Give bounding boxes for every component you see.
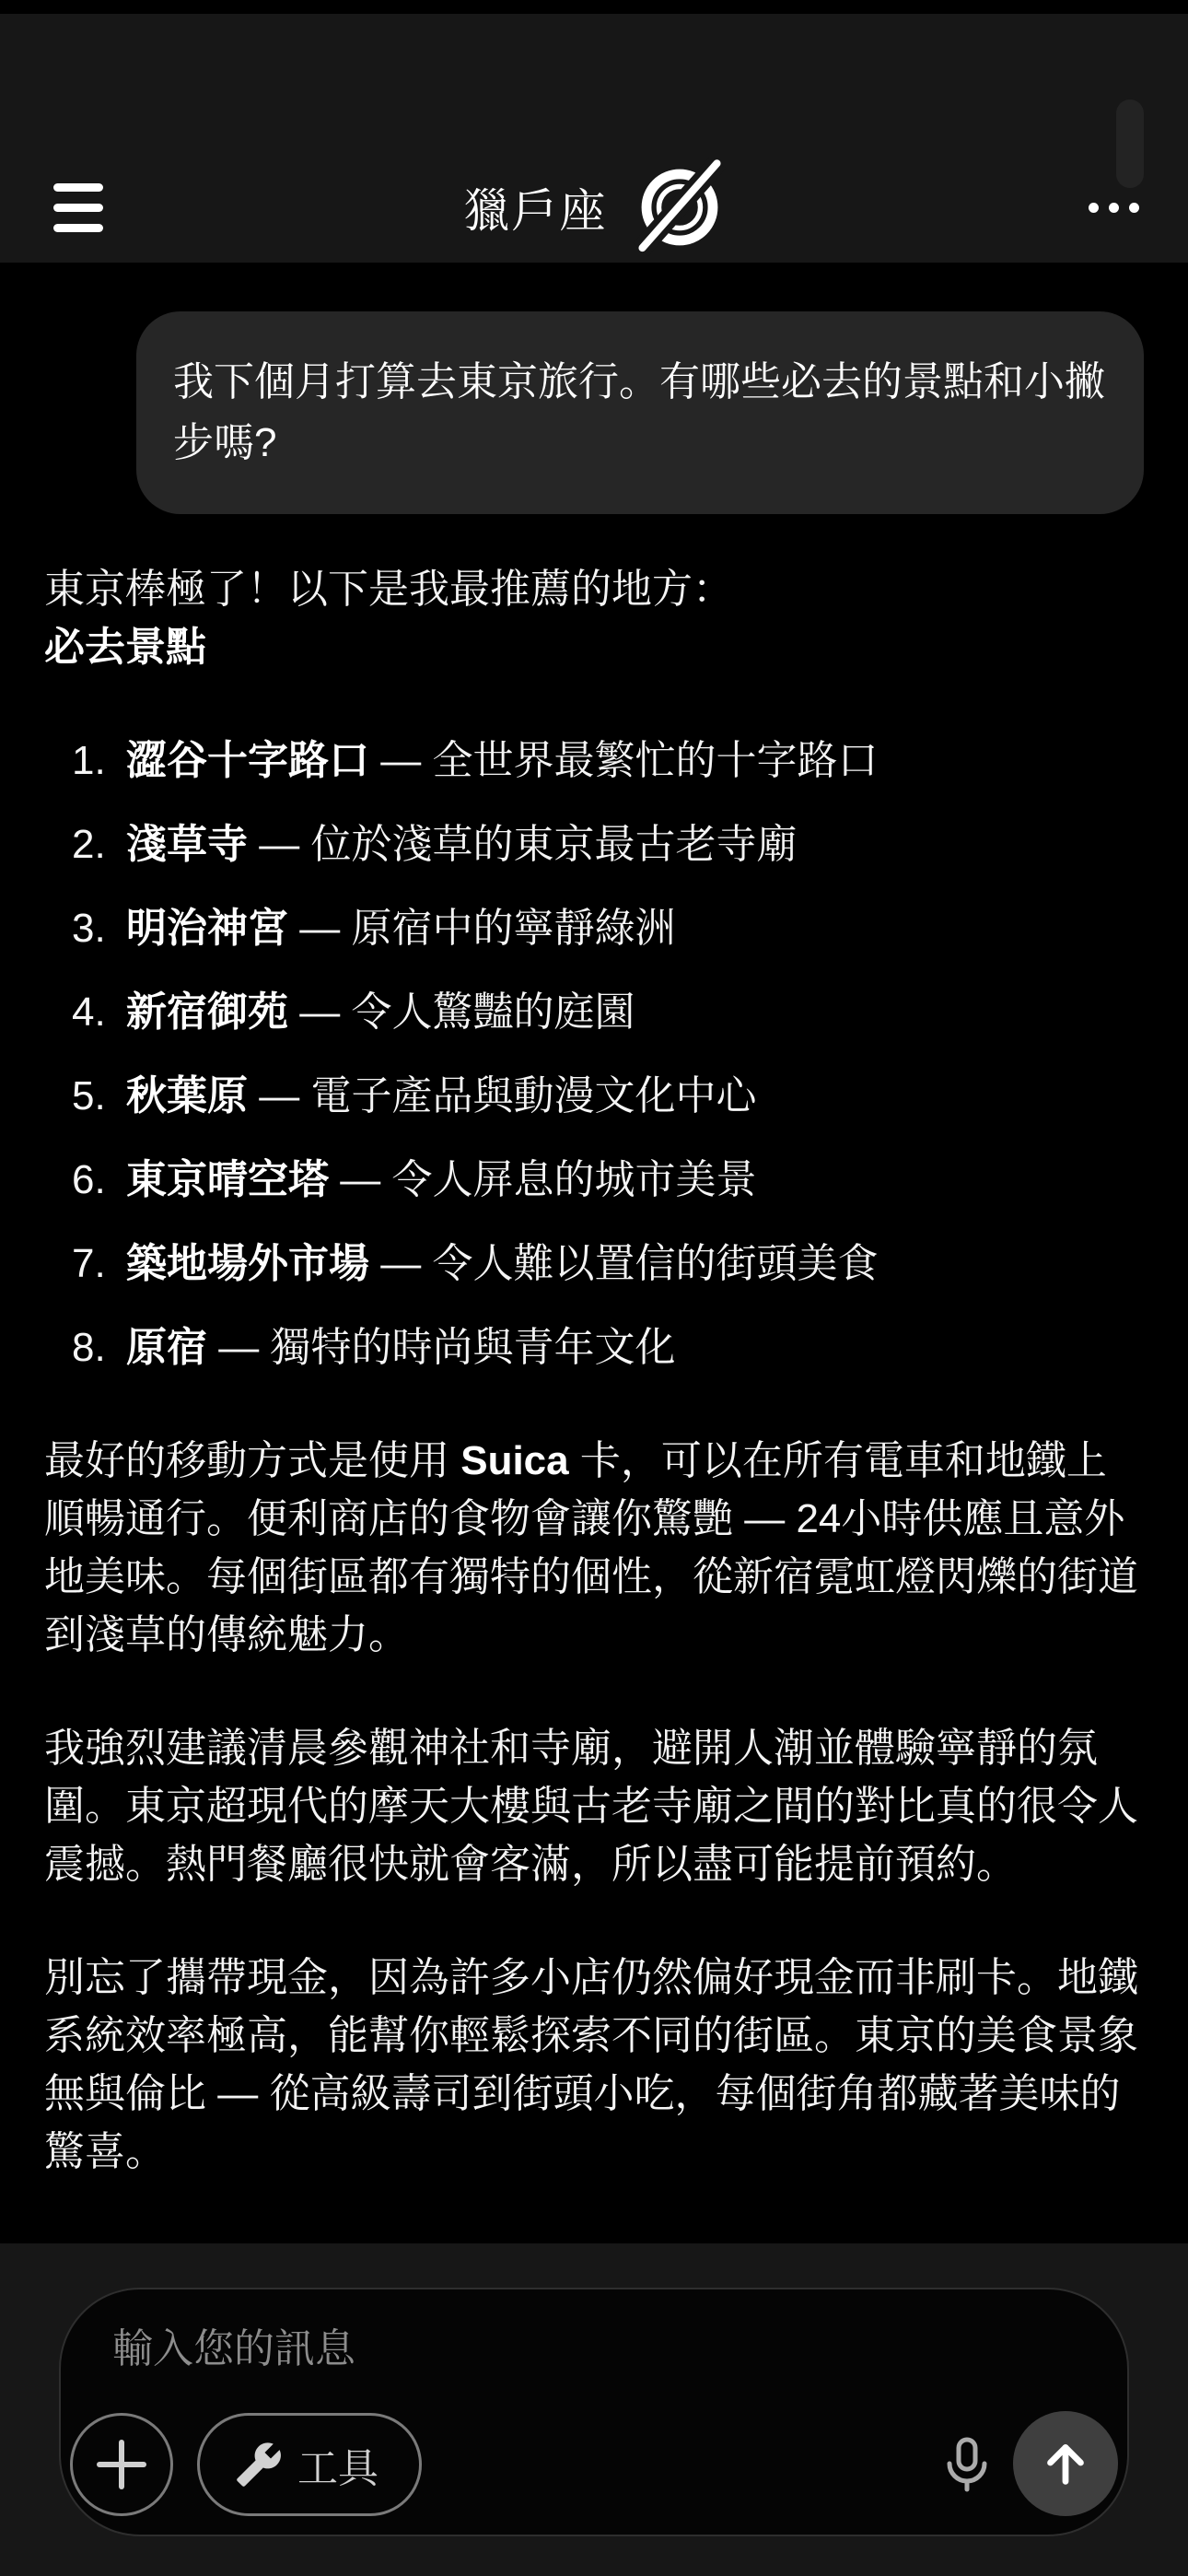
attraction-description: — 原宿中的寧靜綠洲 [288, 906, 675, 951]
assistant-paragraphs: 最好的移動方式是使用 Suica 卡，可以在所有電車和地鐵上順暢通行。便利商店的… [44, 1432, 1144, 2181]
attraction-description: — 位於淺草的東京最古老寺廟 [248, 822, 797, 867]
attraction-name: 原宿 [126, 1325, 207, 1370]
user-message-bubble: 我下個月打算去東京旅行。有哪些必去的景點和小撇步嗎? [136, 311, 1144, 514]
attraction-text: 明治神宮 — 原宿中的寧靜綠洲 [126, 899, 675, 957]
attraction-name: 東京晴空塔 [126, 1157, 329, 1202]
attractions-list: 1.澀谷十字路口 — 全世界最繁忙的十字路口2.淺草寺 — 位於淺草的東京最古老… [44, 732, 1144, 1376]
attraction-number: 2. [72, 815, 126, 873]
page-title: 獵戶座 [464, 174, 608, 240]
hamburger-menu-button[interactable] [53, 183, 164, 232]
section-heading: 必去景點 [44, 618, 1144, 676]
attraction-text: 淺草寺 — 位於淺草的東京最古老寺廟 [126, 815, 797, 873]
slashed-ring-logo-icon [630, 158, 729, 257]
add-attachment-button[interactable] [70, 2413, 173, 2516]
microphone-icon [938, 2434, 996, 2493]
header-title-group: 獵戶座 [164, 158, 1029, 257]
attraction-number: 3. [72, 899, 126, 957]
attraction-item: 3.明治神宮 — 原宿中的寧靜綠洲 [44, 899, 1144, 957]
attraction-number: 4. [72, 983, 126, 1041]
composer-actions-left: 工具 [70, 2413, 422, 2516]
attraction-number: 6. [72, 1151, 126, 1209]
attraction-description: — 令人難以置信的街頭美食 [369, 1241, 878, 1286]
attraction-item: 2.淺草寺 — 位於淺草的東京最古老寺廟 [44, 815, 1144, 873]
attraction-number: 5. [72, 1067, 126, 1125]
text: 我強烈建議清晨參觀神社和寺廟，避開人潮並體驗寧靜的氛圍。東京超現代的摩天大樓與古… [44, 1726, 1138, 1887]
assistant-paragraph: 我強烈建議清晨參觀神社和寺廟，避開人潮並體驗寧靜的氛圍。東京超現代的摩天大樓與古… [44, 1719, 1144, 1893]
send-button[interactable] [1013, 2411, 1118, 2516]
attraction-description: — 電子產品與動漫文化中心 [248, 1073, 756, 1118]
wrench-icon [235, 2441, 283, 2488]
attraction-name: 明治神宮 [126, 906, 288, 951]
attraction-name: 淺草寺 [126, 822, 248, 867]
arrow-up-icon [1037, 2435, 1094, 2492]
bold-text: Suica [460, 1438, 568, 1483]
attraction-description: — 令人屏息的城市美景 [329, 1157, 756, 1202]
attraction-text: 秋葉原 — 電子產品與動漫文化中心 [126, 1067, 756, 1125]
attraction-name: 築地場外市場 [126, 1241, 369, 1286]
attraction-text: 澀谷十字路口 — 全世界最繁忙的十字路口 [126, 732, 878, 790]
attraction-text: 新宿御苑 — 令人驚豔的庭園 [126, 983, 635, 1041]
attraction-item: 7.築地場外市場 — 令人難以置信的街頭美食 [44, 1235, 1144, 1293]
plus-icon [94, 2437, 149, 2492]
attraction-description: — 令人驚豔的庭園 [288, 989, 635, 1035]
attraction-item: 5.秋葉原 — 電子產品與動漫文化中心 [44, 1067, 1144, 1125]
more-options-button[interactable] [1029, 203, 1139, 213]
tools-button[interactable]: 工具 [197, 2413, 422, 2516]
header-row: 獵戶座 [0, 147, 1188, 267]
chat-scroll-area[interactable]: 我下個月打算去東京旅行。有哪些必去的景點和小撇步嗎? 東京棒極了！以下是我最推薦… [0, 263, 1188, 2243]
microphone-button[interactable] [928, 2412, 1006, 2515]
attraction-number: 8. [72, 1318, 126, 1376]
text: 最好的移動方式是使用 [44, 1438, 460, 1483]
attraction-name: 秋葉原 [126, 1073, 248, 1118]
user-message-row: 我下個月打算去東京旅行。有哪些必去的景點和小撇步嗎? [44, 311, 1144, 514]
assistant-paragraph: 最好的移動方式是使用 Suica 卡，可以在所有電車和地鐵上順暢通行。便利商店的… [44, 1432, 1144, 1664]
composer-actions-right [928, 2411, 1118, 2516]
attraction-item: 1.澀谷十字路口 — 全世界最繁忙的十字路口 [44, 732, 1144, 790]
attraction-number: 7. [72, 1235, 126, 1293]
hamburger-icon [53, 183, 103, 192]
attraction-description: — 獨特的時尚與青年文化 [207, 1325, 675, 1370]
attraction-number: 1. [72, 732, 126, 790]
status-bar-strip [0, 0, 1188, 14]
attraction-description: — 全世界最繁忙的十字路口 [369, 738, 878, 783]
attraction-text: 築地場外市場 — 令人難以置信的街頭美食 [126, 1235, 878, 1293]
header: 獵戶座 [0, 14, 1188, 263]
attraction-text: 原宿 — 獨特的時尚與青年文化 [126, 1318, 675, 1376]
attraction-item: 6.東京晴空塔 — 令人屏息的城市美景 [44, 1151, 1144, 1209]
assistant-paragraph: 別忘了攜帶現金，因為許多小店仍然偏好現金而非刷卡。地鐵系統效率極高，能幫你輕鬆探… [44, 1949, 1144, 2181]
attraction-item: 4.新宿御苑 — 令人驚豔的庭園 [44, 983, 1144, 1041]
attraction-name: 新宿御苑 [126, 989, 288, 1035]
app-screen: 獵戶座 我下個月打算去東京旅行。有哪些必去的景點和小撇步嗎? 東京棒極了！以下是… [0, 0, 1188, 2576]
attraction-name: 澀谷十字路口 [126, 738, 369, 783]
message-input[interactable] [112, 2317, 812, 2382]
message-composer: 工具 [59, 2288, 1129, 2536]
tools-button-label: 工具 [297, 2435, 379, 2494]
attraction-item: 8.原宿 — 獨特的時尚與青年文化 [44, 1318, 1144, 1376]
composer-bar: 工具 [0, 2243, 1188, 2576]
text: 別忘了攜帶現金，因為許多小店仍然偏好現金而非刷卡。地鐵系統效率極高，能幫你輕鬆探… [44, 1955, 1138, 2174]
assistant-intro: 東京棒極了！以下是我最推薦的地方： [44, 560, 1144, 618]
attraction-text: 東京晴空塔 — 令人屏息的城市美景 [126, 1151, 756, 1209]
assistant-message: 東京棒極了！以下是我最推薦的地方： 必去景點 1.澀谷十字路口 — 全世界最繁忙… [44, 560, 1144, 2181]
ellipsis-icon [1089, 203, 1099, 213]
